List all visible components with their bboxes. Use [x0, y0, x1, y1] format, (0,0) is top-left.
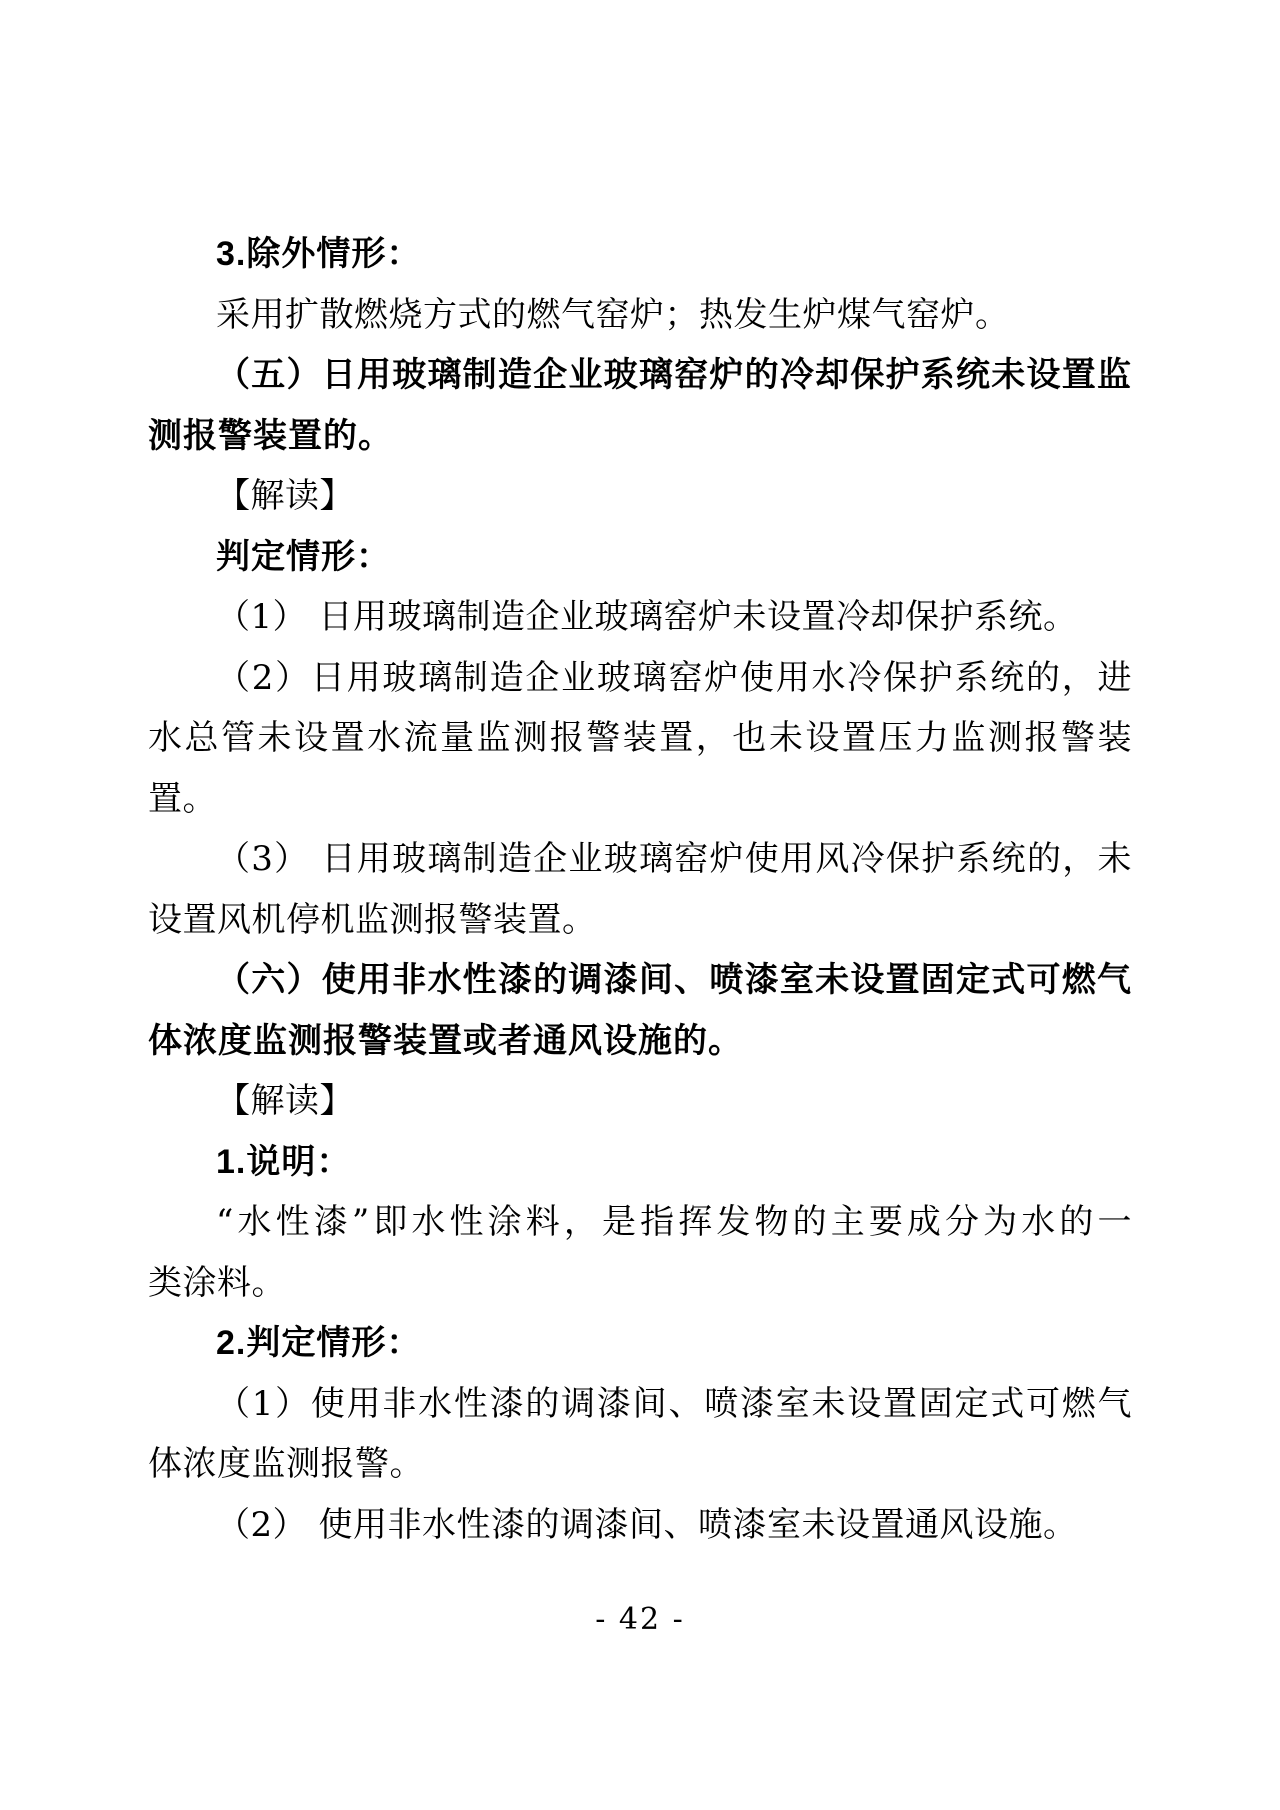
heading-item-6-line-2: 体浓度监测报警装置或者通风设施的。	[148, 1011, 1132, 1072]
interpretation-label-1: 【解读】	[148, 466, 1132, 527]
text-judgment2-2: （2） 使用非水性漆的调漆间、喷漆室未设置通风设施。	[148, 1495, 1132, 1556]
heading-item-5-line-1: （五）日用玻璃制造企业玻璃窑炉的冷却保护系统未设置监	[148, 345, 1132, 406]
heading-exception-cases: 3.除外情形：	[148, 224, 1132, 285]
text-judgment-2-line-1: （2）日用玻璃制造企业玻璃窑炉使用水冷保护系统的，进	[148, 648, 1132, 709]
heading-judgment-cases-2: 2.判定情形：	[148, 1313, 1132, 1374]
heading-judgment-cases-1: 判定情形：	[148, 527, 1132, 588]
text-exception-description: 采用扩散燃烧方式的燃气窑炉；热发生炉煤气窑炉。	[148, 285, 1132, 346]
page-number: - 42 -	[0, 1602, 1280, 1637]
text-judgment-2-line-2: 水总管未设置水流量监测报警装置，也未设置压力监测报警装	[148, 708, 1132, 769]
text-explanation-line-2: 类涂料。	[148, 1253, 1132, 1314]
document-body: 3.除外情形： 采用扩散燃烧方式的燃气窑炉；热发生炉煤气窑炉。 （五）日用玻璃制…	[148, 224, 1132, 1555]
interpretation-label-2: 【解读】	[148, 1071, 1132, 1132]
heading-item-6-line-1: （六）使用非水性漆的调漆间、喷漆室未设置固定式可燃气	[148, 950, 1132, 1011]
text-judgment2-1-line-1: （1）使用非水性漆的调漆间、喷漆室未设置固定式可燃气	[148, 1374, 1132, 1435]
heading-item-5-line-2: 测报警装置的。	[148, 406, 1132, 467]
text-explanation-line-1: “水性漆”即水性涂料，是指挥发物的主要成分为水的一	[148, 1192, 1132, 1253]
text-judgment-3-line-1: （3） 日用玻璃制造企业玻璃窑炉使用风冷保护系统的，未	[148, 829, 1132, 890]
heading-explanation: 1.说明：	[148, 1132, 1132, 1193]
text-judgment-1: （1） 日用玻璃制造企业玻璃窑炉未设置冷却保护系统。	[148, 587, 1132, 648]
document-page: 3.除外情形： 采用扩散燃烧方式的燃气窑炉；热发生炉煤气窑炉。 （五）日用玻璃制…	[0, 0, 1280, 1810]
text-judgment-2-line-3: 置。	[148, 769, 1132, 830]
text-judgment2-1-line-2: 体浓度监测报警。	[148, 1434, 1132, 1495]
text-judgment-3-line-2: 设置风机停机监测报警装置。	[148, 890, 1132, 951]
